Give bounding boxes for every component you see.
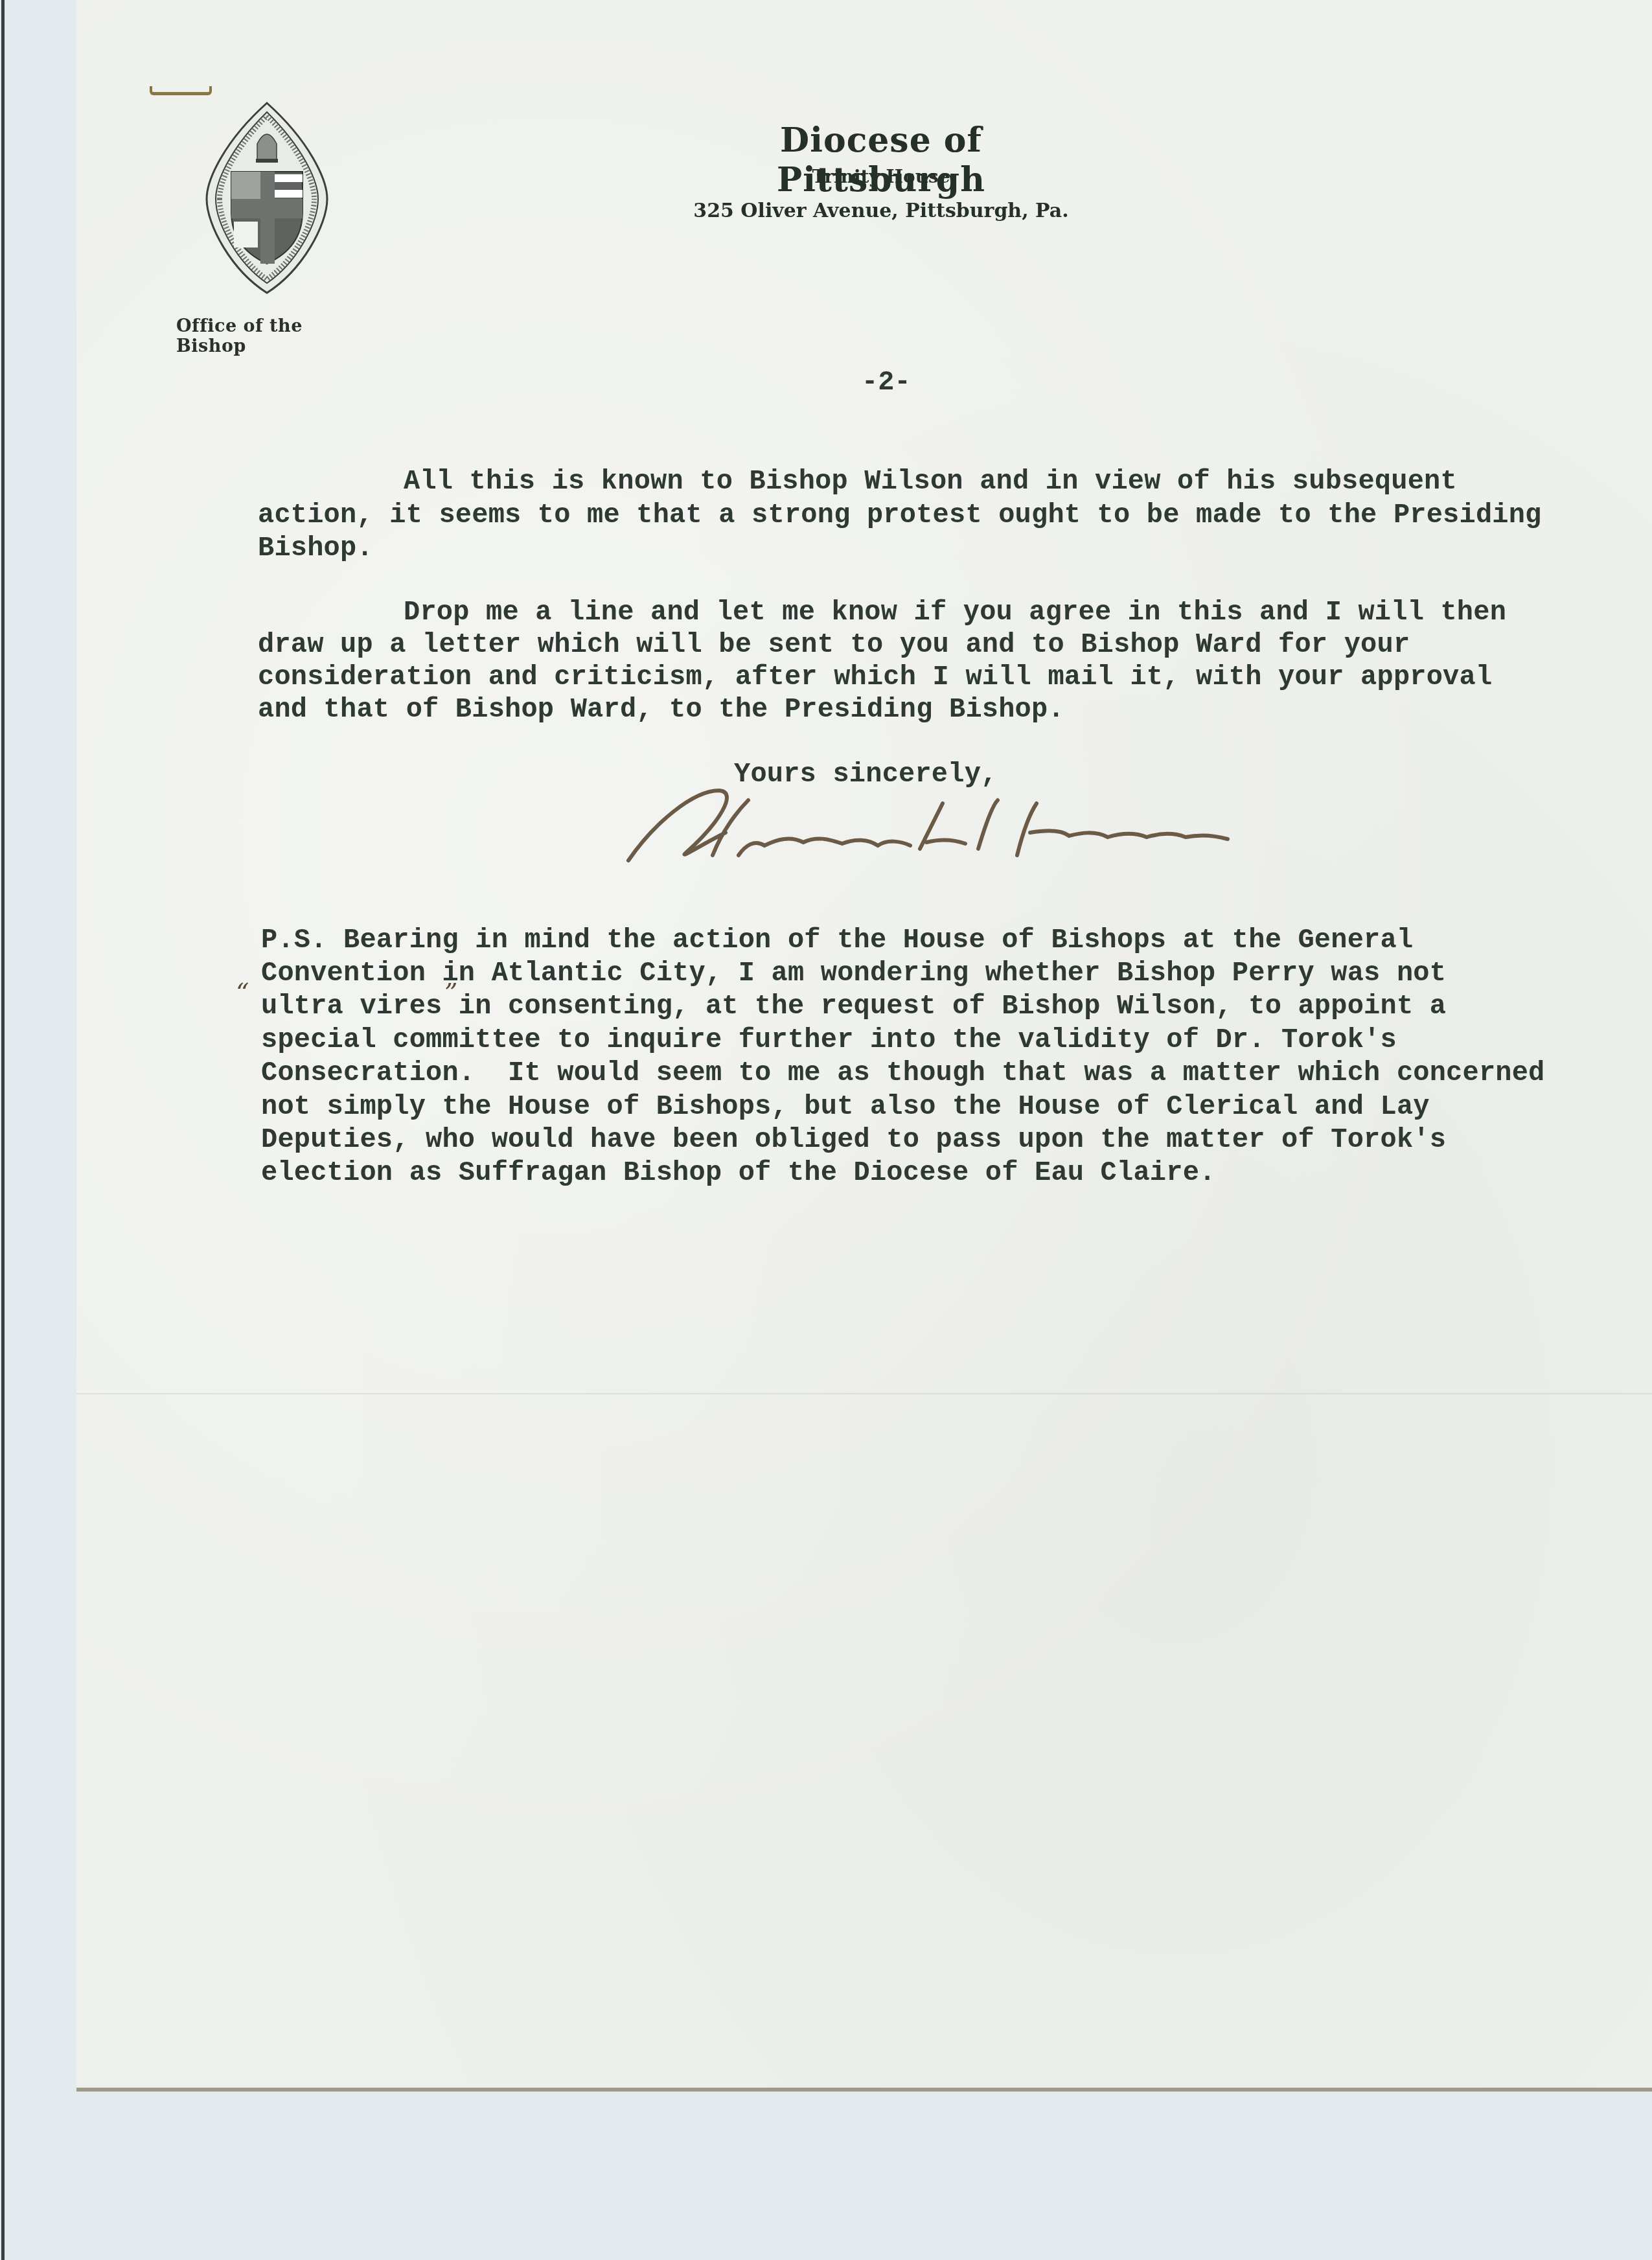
postscript-line: Deputies, who would have been obliged to… xyxy=(261,1126,1446,1153)
postscript-line: election as Suffragan Bishop of the Dioc… xyxy=(261,1159,1215,1186)
body-line: draw up a letter which will be sent to y… xyxy=(258,631,1410,658)
body-line: action, it seems to me that a strong pro… xyxy=(258,502,1542,529)
handwritten-open-quote: “ xyxy=(236,978,249,1008)
body-line: Drop me a line and let me know if you ag… xyxy=(404,599,1506,626)
letterhead-address: 325 Oliver Avenue, Pittsburgh, Pa. xyxy=(687,200,1075,222)
diocesan-seal-icon xyxy=(205,102,328,294)
postscript-line: Convention in Atlantic City, I am wonder… xyxy=(261,960,1446,987)
office-of-the-bishop: Office of the Bishop xyxy=(176,316,358,356)
letterhead-subtitle: Trinity House xyxy=(687,166,1075,187)
paper-fold-line xyxy=(76,1393,1652,1394)
body-line: and that of Bishop Ward, to the Presidin… xyxy=(258,696,1064,723)
body-line: consideration and criticism, after which… xyxy=(258,663,1492,691)
letterhead-title: Diocese of Pittsburgh xyxy=(687,121,1075,200)
staple-icon xyxy=(150,86,212,95)
signature: Alexander Mann xyxy=(615,784,1309,868)
body-line: All this is known to Bishop Wilson and i… xyxy=(404,468,1457,495)
handwritten-close-quote: ” xyxy=(444,978,457,1008)
postscript-line: special committee to inquire further int… xyxy=(261,1026,1397,1054)
scanner-edge xyxy=(1,0,5,2260)
postscript-line: not simply the House of Bishops, but als… xyxy=(261,1093,1430,1120)
page-number: -2- xyxy=(862,367,911,398)
body-line: Bishop. xyxy=(258,535,373,562)
postscript-line: P.S. Bearing in mind the action of the H… xyxy=(261,927,1413,954)
postscript-line: ultra vires in consenting, at the reques… xyxy=(261,993,1446,1020)
postscript-line: Consecration. It would seem to me as tho… xyxy=(261,1059,1545,1087)
